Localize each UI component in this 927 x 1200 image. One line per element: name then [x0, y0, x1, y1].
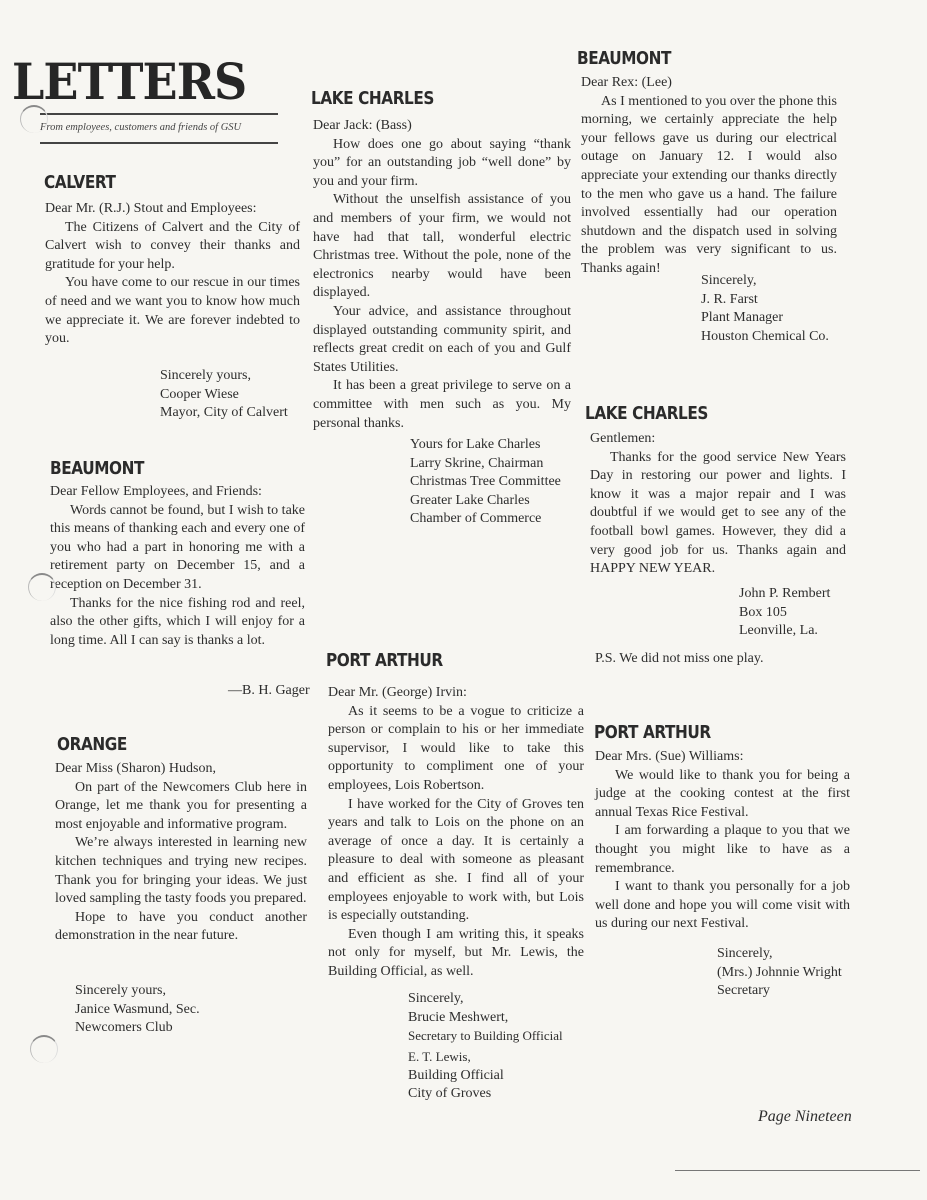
letter-paragraph: Hope to have you conduct another demonst… [55, 909, 307, 946]
letter-heading-port-arthur: PORT ARTHUR [326, 650, 443, 671]
letter-paragraph: On part of the Newcomers Club here in Or… [55, 779, 307, 835]
letter-port-arthur-body: Dear Mr. (George) Irvin: As it seems to … [328, 684, 584, 982]
letter-calvert-body: Dear Mr. (R.J.) Stout and Employees: The… [45, 200, 300, 349]
letter-paragraph: It has been a great privilege to serve o… [313, 377, 571, 433]
signature-line: (Mrs.) Johnnie Wright [717, 964, 842, 983]
masthead-subtitle: From employees, customers and friends of… [40, 122, 280, 133]
signature-line: Chamber of Commerce [410, 510, 561, 529]
letter-paragraph: I am forwarding a plaque to you that we … [595, 822, 850, 878]
letter-paragraph: Without the unselfish assistance of you … [313, 191, 571, 303]
signature-line: Box 105 [739, 604, 830, 623]
signature-line: Sincerely, [717, 945, 842, 964]
letter-lake-charles-2-postscript: P.S. We did not miss one play. [595, 650, 763, 669]
letter-beaumont-signature: —B. H. Gager [228, 683, 310, 699]
letter-lake-charles-body: Dear Jack: (Bass) How does one go about … [313, 117, 571, 433]
letter-lake-charles-2-signature: John P. Rembert Box 105 Leonville, La. [739, 585, 830, 641]
letter-salutation: Dear Rex: (Lee) [581, 74, 837, 93]
letter-paragraph: We would like to thank you for being a j… [595, 767, 850, 823]
letter-paragraph: Thanks for the good service New Years Da… [590, 449, 846, 579]
letter-paragraph: Your advice, and assistance throughout d… [313, 303, 571, 377]
page-number: Page Nineteen [758, 1108, 852, 1126]
signature-line: Houston Chemical Co. [701, 328, 829, 347]
signature-line: Sincerely, [701, 272, 829, 291]
signature-line: Newcomers Club [75, 1019, 200, 1038]
masthead-title: LETTERS [12, 52, 187, 112]
binder-hole-icon [20, 105, 48, 133]
letter-calvert-signature: Sincerely yours, Cooper Wiese Mayor, Cit… [160, 367, 288, 423]
letter-paragraph: Thanks for the nice fishing rod and reel… [50, 595, 305, 651]
letter-salutation: Dear Mrs. (Sue) Williams: [595, 748, 850, 767]
letter-orange-body: Dear Miss (Sharon) Hudson, On part of th… [55, 760, 307, 946]
signature-line: Yours for Lake Charles [410, 436, 561, 455]
letter-port-arthur-2-body: Dear Mrs. (Sue) Williams: We would like … [595, 748, 850, 934]
signature-line: J. R. Farst [701, 291, 829, 310]
letter-lake-charles-2-body: Gentlemen: Thanks for the good service N… [590, 430, 846, 579]
signature-line: Mayor, City of Calvert [160, 404, 288, 423]
signature-line: John P. Rembert [739, 585, 830, 604]
letter-heading-beaumont: BEAUMONT [50, 458, 144, 479]
signature-line: Larry Skrine, Chairman [410, 455, 561, 474]
letter-salutation: Dear Mr. (R.J.) Stout and Employees: [45, 200, 300, 219]
letter-beaumont-2-body: Dear Rex: (Lee) As I mentioned to you ov… [581, 74, 837, 279]
letter-paragraph: As it seems to be a vogue to criticize a… [328, 703, 584, 796]
letter-paragraph: The Citizens of Calvert and the City of … [45, 219, 300, 275]
letter-heading-port-arthur-2: PORT ARTHUR [594, 722, 711, 743]
letter-paragraph: I want to thank you personally for a job… [595, 878, 850, 934]
signature-line: Building Official [408, 1067, 504, 1086]
letter-paragraph: How does one go about saying “thank you”… [313, 136, 571, 192]
signature-line: Sincerely yours, [160, 367, 288, 386]
signature-line: Leonville, La. [739, 622, 830, 641]
letter-paragraph: You have come to our rescue in our times… [45, 274, 300, 348]
letter-heading-calvert: CALVERT [44, 172, 116, 193]
binder-hole-icon [30, 1035, 58, 1063]
letter-heading-beaumont-2: BEAUMONT [577, 48, 671, 69]
letter-heading-lake-charles: LAKE CHARLES [311, 88, 434, 109]
signature-line: Brucie Meshwert, [408, 1009, 563, 1028]
letter-salutation: Dear Mr. (George) Irvin: [328, 684, 584, 703]
letter-paragraph: I have worked for the City of Groves ten… [328, 796, 584, 926]
letter-salutation: Dear Fellow Employees, and Friends: [50, 483, 305, 502]
masthead-rule [40, 113, 278, 115]
masthead-rule [40, 142, 278, 144]
signature-line: Sincerely, [408, 990, 563, 1009]
letter-paragraph: As I mentioned to you over the phone thi… [581, 93, 837, 279]
letter-heading-orange: ORANGE [57, 734, 127, 755]
signature-line: Secretary [717, 982, 842, 1001]
letter-port-arthur-signature: Sincerely, Brucie Meshwert, Secretary to… [408, 990, 563, 1046]
signature-line: Cooper Wiese [160, 386, 288, 405]
signature-line: Sincerely yours, [75, 982, 200, 1001]
signature-line: City of Groves [408, 1085, 504, 1104]
signature-line: Greater Lake Charles [410, 492, 561, 511]
letter-beaumont-2-signature: Sincerely, J. R. Farst Plant Manager Hou… [701, 272, 829, 346]
binder-hole-icon [28, 573, 56, 601]
signature-line: E. T. Lewis, [408, 1048, 504, 1067]
letter-paragraph: Even though I am writing this, it speaks… [328, 926, 584, 982]
signature-line: Plant Manager [701, 309, 829, 328]
signature-line: Janice Wasmund, Sec. [75, 1001, 200, 1020]
letter-heading-lake-charles-2: LAKE CHARLES [585, 403, 708, 424]
letter-lake-charles-signature: Yours for Lake Charles Larry Skrine, Cha… [410, 436, 561, 529]
letter-orange-signature: Sincerely yours, Janice Wasmund, Sec. Ne… [75, 982, 200, 1038]
letter-salutation: Gentlemen: [590, 430, 846, 449]
letter-salutation: Dear Miss (Sharon) Hudson, [55, 760, 307, 779]
signature-line: Christmas Tree Committee [410, 473, 561, 492]
letter-paragraph: Words cannot be found, but I wish to tak… [50, 502, 305, 595]
letter-port-arthur-signature-2: E. T. Lewis, Building Official City of G… [408, 1048, 504, 1104]
letter-salutation: Dear Jack: (Bass) [313, 117, 571, 136]
letter-paragraph: We’re always interested in learning new … [55, 834, 307, 908]
footer-rule [675, 1170, 920, 1171]
letter-beaumont-body: Dear Fellow Employees, and Friends: Word… [50, 483, 305, 650]
signature-line: Secretary to Building Official [408, 1027, 563, 1046]
letter-port-arthur-2-signature: Sincerely, (Mrs.) Johnnie Wright Secreta… [717, 945, 842, 1001]
